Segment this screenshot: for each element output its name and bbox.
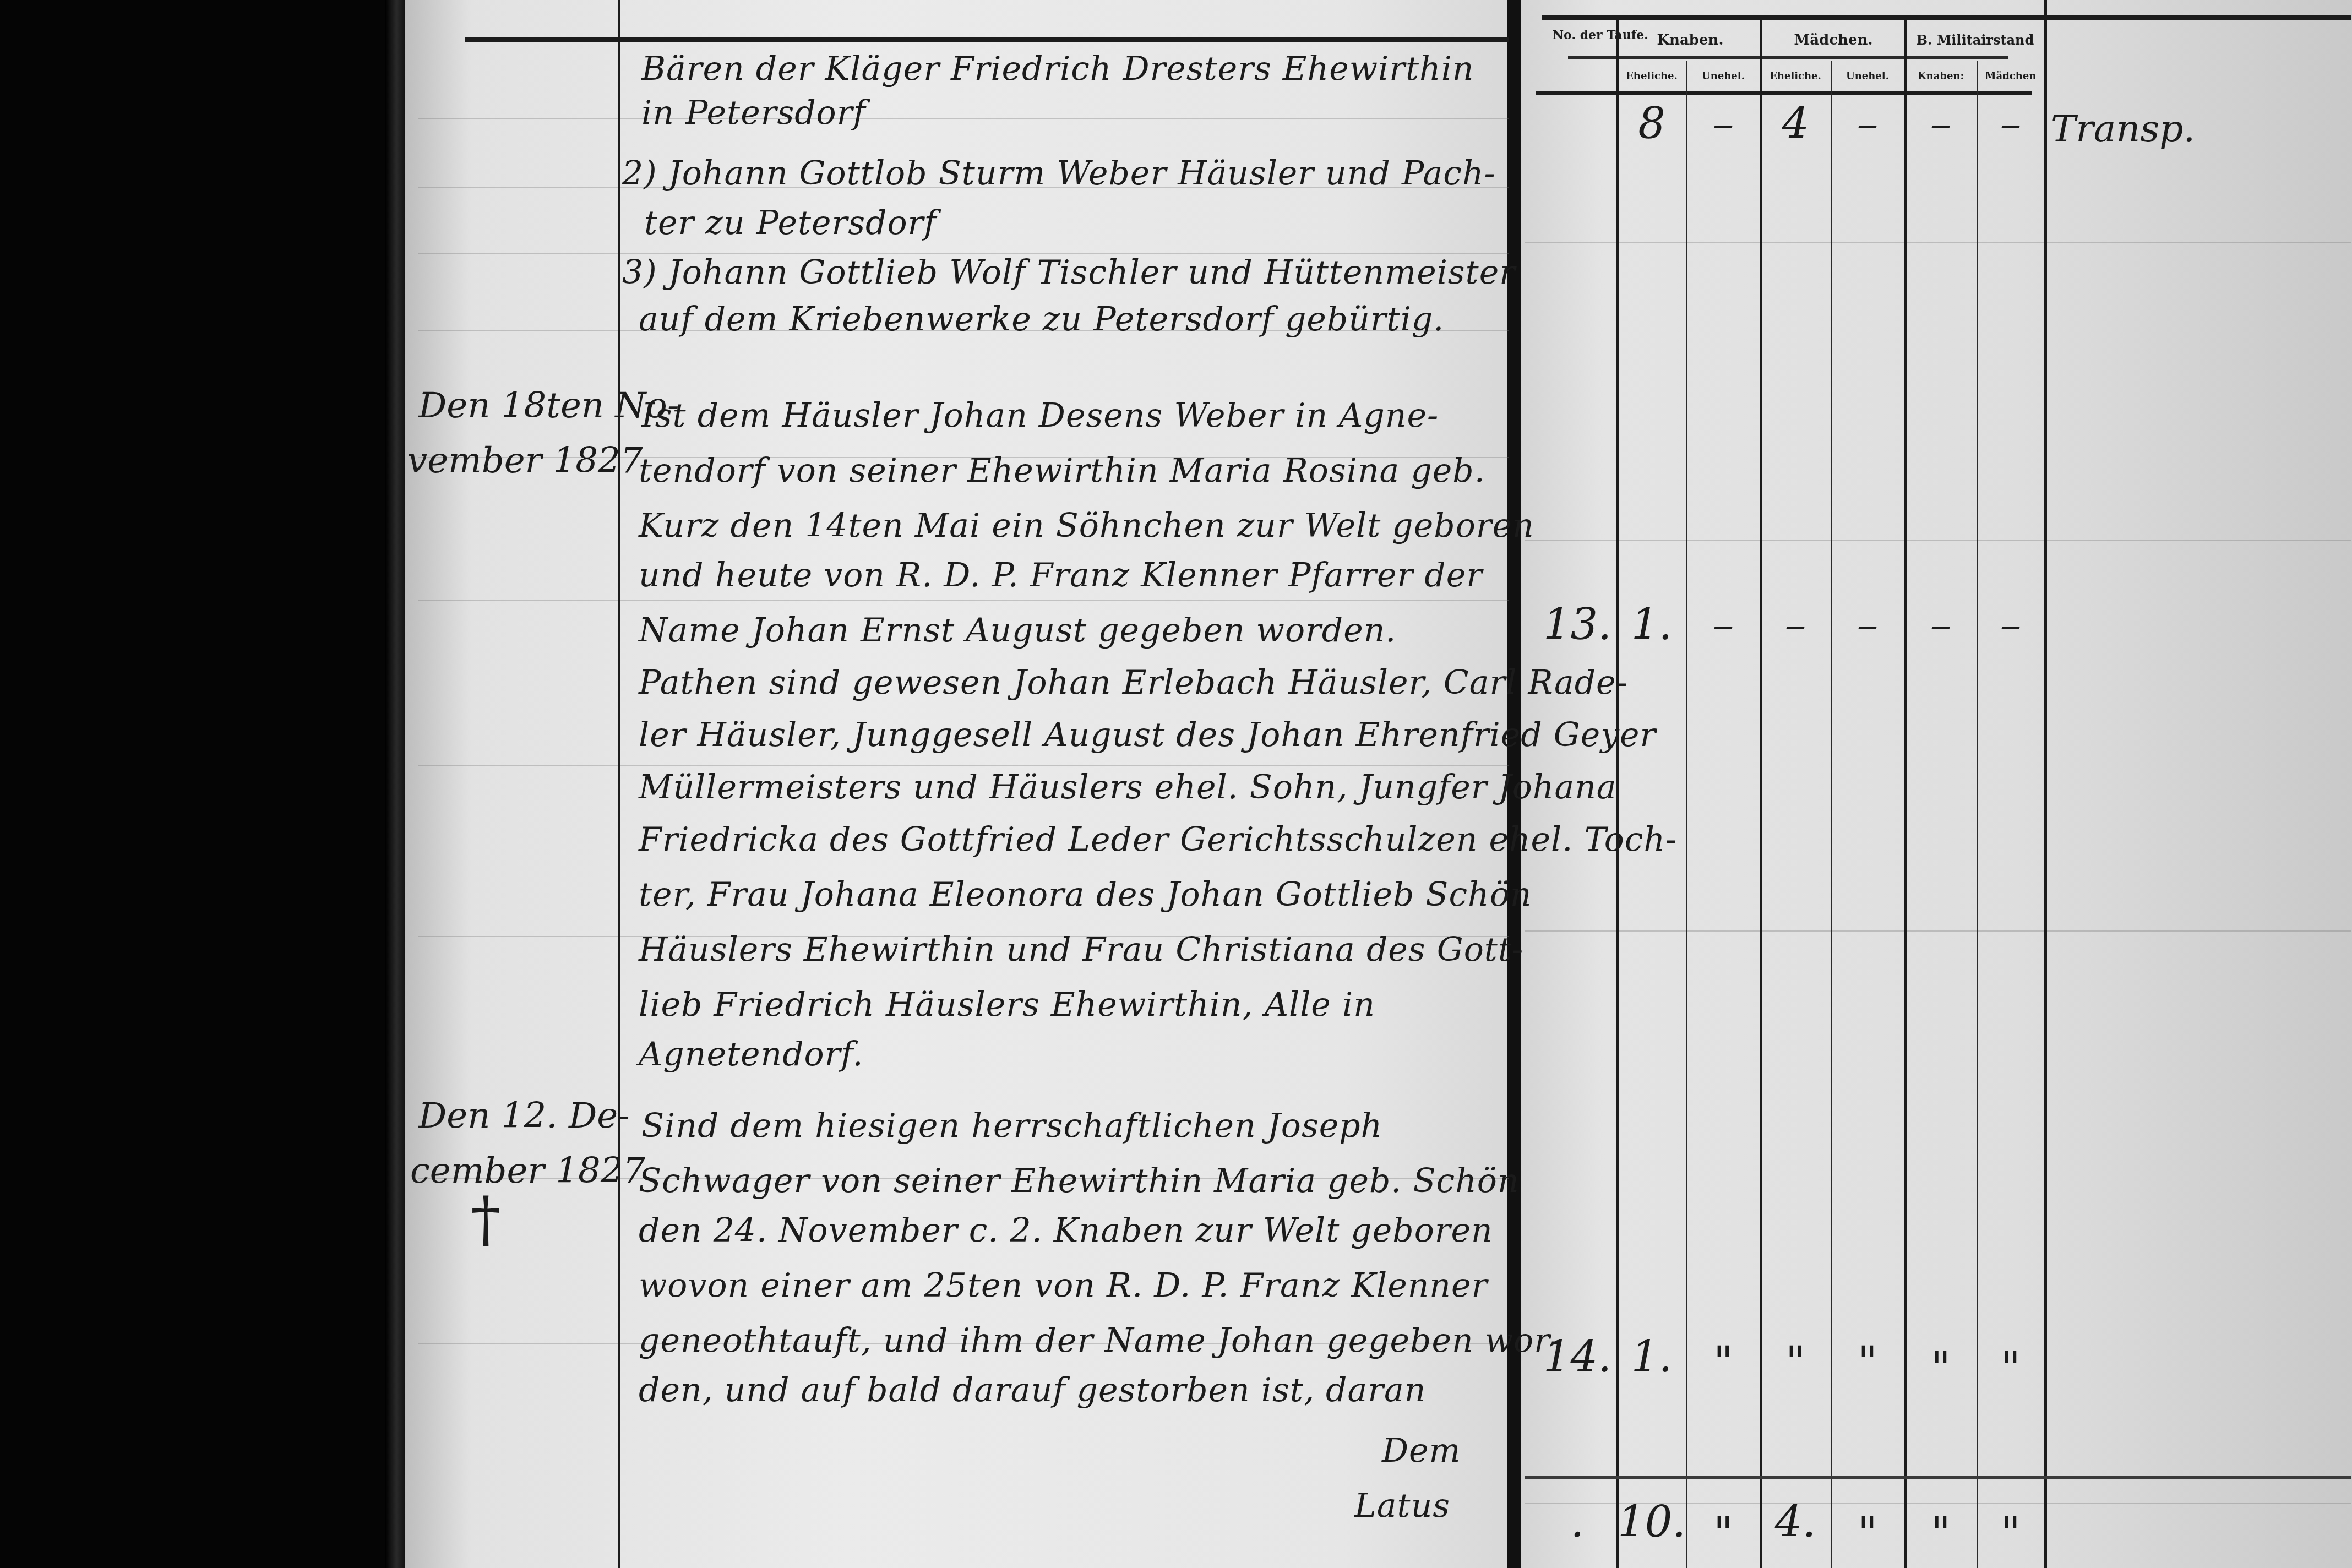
cell-mil-maedchen: " (1978, 1509, 2043, 1558)
entry-date-line: cember 1827 (410, 1151, 645, 1191)
cell-mil-knaben: " (1905, 1343, 1976, 1393)
cell-maedchen-ehelich: – (1761, 600, 1830, 650)
entry-line: Schwager von seiner Ehewirthin Maria geb… (639, 1162, 1520, 1200)
entry-line: Ist dem Häusler Johan Desens Weber in Ag… (641, 396, 1439, 435)
cell-no: . (1542, 1498, 1613, 1547)
subheader: Eheliche. (1618, 70, 1686, 82)
entry-line: Name Johan Ernst August gegeben worden. (639, 611, 1396, 650)
death-cross-icon: † (471, 1184, 501, 1254)
subheader: Unehel. (1688, 70, 1758, 82)
carry-line: in Petersdorf (641, 94, 866, 132)
cell-maedchen-ehelich: " (1761, 1338, 1830, 1387)
date-column-divider (618, 0, 620, 1568)
cell-maedchen-unehel: " (1832, 1338, 1903, 1387)
carry-line: Bären der Kläger Friedrich Dresters Ehew… (641, 50, 1474, 88)
cell-mil-knaben: – (1905, 99, 1976, 149)
header-bottom-rule (1536, 91, 2032, 95)
col-divider (1760, 19, 1762, 1568)
col-divider (2044, 0, 2047, 1568)
header-knaben: Knaben. (1621, 32, 1759, 48)
cell-knaben-ehelich: 10. (1618, 1498, 1686, 1547)
entry-line: ler Häusler, Junggesell August des Johan… (639, 716, 1656, 754)
cell-no: 13. (1542, 600, 1613, 650)
latus-rule (1525, 1476, 2351, 1479)
entry-line: ter, Frau Johana Eleonora des Johan Gott… (639, 875, 1532, 914)
entry-line: geneothtauft, und ihm der Name Johan geg… (639, 1321, 1562, 1360)
cell-knaben-ehelich: 1. (1618, 1332, 1686, 1382)
header-maedchen: Mädchen. (1765, 32, 1902, 48)
footer-label-top: Dem (1382, 1431, 1461, 1470)
cell-mil-maedchen: – (1978, 600, 2043, 650)
cell-maedchen-ehelich: 4 (1761, 99, 1830, 149)
entry-line: und heute von R. D. P. Franz Klenner Pfa… (639, 556, 1483, 595)
carry-line: 3) Johann Gottlieb Wolf Tischler und Hüt… (622, 253, 1516, 292)
cell-knaben-ehelich: 8 (1618, 99, 1686, 149)
entry-date-line: vember 1827 (407, 440, 643, 481)
cell-knaben-unehel: " (1688, 1509, 1758, 1558)
cell-mil-knaben: – (1905, 600, 1976, 650)
entry-line: Kurz den 14ten Mai ein Söhnchen zur Welt… (639, 507, 1534, 545)
subheader: Knaben: (1905, 70, 1976, 82)
entry-date-line: Den 18ten No- (418, 385, 679, 426)
col-divider (1977, 61, 1978, 1568)
latus-label: Latus (1354, 1487, 1450, 1525)
book-binding-shadow (385, 0, 407, 1568)
cell-mil-maedchen: – (1978, 99, 2043, 149)
carry-line: ter zu Petersdorf (644, 204, 937, 242)
cell-knaben-unehel: – (1688, 600, 1758, 650)
col-divider (1904, 19, 1907, 1568)
subheader: Mädchen (1978, 70, 2043, 82)
subheader: Eheliche. (1761, 70, 1830, 82)
cell-no: 14. (1542, 1332, 1613, 1382)
entry-line: den, und auf bald darauf gestorben ist, … (639, 1371, 1426, 1409)
entry-date-line: Den 12. De- (418, 1096, 630, 1136)
table-top-rule (1542, 15, 2351, 20)
entry-line: wovon einer am 25ten von R. D. P. Franz … (639, 1266, 1488, 1305)
cell-mil-knaben: " (1905, 1509, 1976, 1558)
entry-line: Agnetendorf. (639, 1035, 864, 1074)
entry-line: Sind dem hiesigen herrschaftlichen Josep… (641, 1107, 1382, 1145)
entry-line: den 24. November c. 2. Knaben zur Welt g… (639, 1211, 1493, 1250)
transport-note: Transp. (2051, 107, 2195, 151)
entry-line: Friedricka des Gottfried Leder Gerichtss… (639, 820, 1677, 859)
entry-line: lieb Friedrich Häuslers Ehewirthin, Alle… (639, 986, 1375, 1024)
cell-maedchen-unehel: – (1832, 99, 1903, 149)
entry-line: Müllermeisters und Häuslers ehel. Sohn, … (639, 768, 1617, 807)
cell-maedchen-unehel: " (1832, 1509, 1903, 1558)
entry-line: Häuslers Ehewirthin und Frau Christiana … (639, 930, 1523, 969)
cell-knaben-unehel: " (1688, 1338, 1758, 1387)
col-divider (1686, 61, 1687, 1568)
cell-mil-maedchen: " (1978, 1343, 2043, 1393)
subheader-rule (1568, 56, 2008, 59)
entry-line: Pathen sind gewesen Johan Erlebach Häusl… (639, 663, 1628, 702)
cell-knaben-unehel: – (1688, 99, 1758, 149)
subheader: Unehel. (1832, 70, 1903, 82)
entry-line: tendorf von seiner Ehewirthin Maria Rosi… (639, 451, 1485, 490)
carry-line: auf dem Kriebenwerke zu Petersdorf gebür… (639, 300, 1444, 339)
cell-maedchen-ehelich: 4. (1761, 1498, 1830, 1547)
cell-knaben-ehelich: 1. (1618, 600, 1686, 650)
header-militairstand: B. Militairstand (1908, 32, 2043, 48)
carry-line: 2) Johann Gottlob Sturm Weber Häusler un… (622, 154, 1496, 193)
left-top-rule (465, 37, 1509, 42)
header-no-der-taufe: No. der Taufe. (1553, 26, 1613, 44)
cell-maedchen-unehel: – (1832, 600, 1903, 650)
